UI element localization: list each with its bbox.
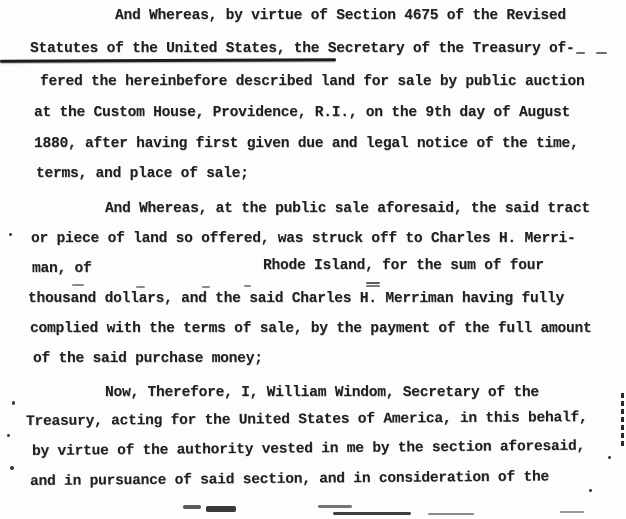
ink-smear: [72, 284, 84, 286]
document-line: fered the hereinbefore described land fo…: [40, 74, 585, 90]
document-line: 1880, after having first given due and l…: [34, 136, 579, 152]
scan-edge-mark: [621, 393, 624, 447]
ink-speck: [12, 401, 15, 405]
ink-smear: [366, 282, 380, 284]
ink-smudge: [428, 513, 474, 515]
document-line-underlined: Statutes of the United States, the Secre…: [30, 41, 575, 57]
document-line: or piece of land so offered, was struck …: [31, 231, 576, 247]
document-line: terms, and place of sale;: [36, 166, 249, 182]
document-line: Now, Therefore, I, William Windom, Secre…: [105, 385, 539, 401]
ink-smear: [202, 286, 210, 288]
document-line: by virtue of the authority vested in me …: [32, 439, 585, 460]
ink-smudge: [183, 505, 201, 509]
document-line: complied with the terms of sale, by the …: [30, 321, 592, 337]
ink-smudge: [560, 511, 584, 513]
ink-speck: [7, 434, 10, 437]
document-line: And Whereas, by virtue of Section 4675 o…: [115, 8, 566, 24]
ink-speck: [9, 233, 12, 236]
stray-dash: [576, 52, 585, 54]
document-page: And Whereas, by virtue of Section 4675 o…: [0, 0, 626, 519]
ink-smudge: [206, 506, 236, 512]
document-line: and in pursuance of said section, and in…: [30, 469, 549, 490]
ink-speck: [608, 456, 611, 459]
ink-speck: [589, 489, 592, 492]
document-line: at the Custom House, Providence, R.I., o…: [34, 105, 570, 121]
document-line: Rhode Island, for the sum of four: [263, 258, 544, 274]
document-line: man, of: [32, 261, 92, 277]
stray-dash: [596, 52, 607, 54]
ink-smudge: [318, 505, 352, 508]
pen-underline: [0, 58, 336, 62]
document-line: of the said purchase money;: [33, 351, 263, 367]
ink-smear: [136, 286, 145, 288]
document-line: thousand dollars, and the said Charles H…: [28, 291, 564, 307]
ink-smudge: [333, 512, 411, 515]
document-line: Treasury, acting for the United States o…: [26, 410, 588, 430]
ink-speck: [10, 466, 14, 470]
document-line: And Whereas, at the public sale aforesai…: [105, 201, 590, 217]
ink-smear: [244, 285, 251, 287]
